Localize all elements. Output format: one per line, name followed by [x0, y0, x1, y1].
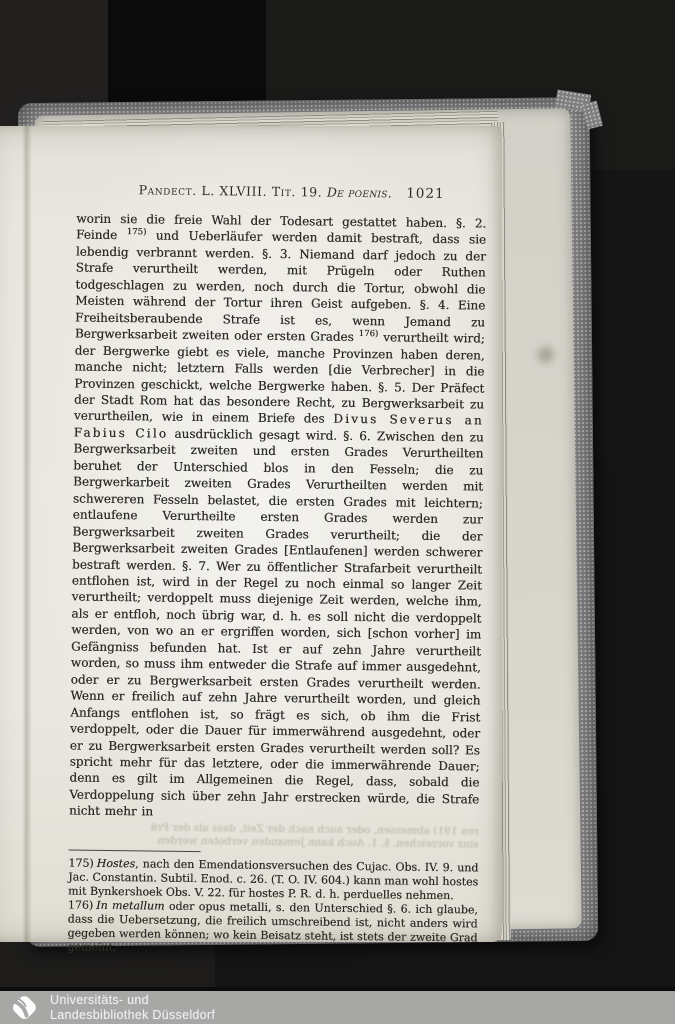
body-text-part3b: ausdrücklich gesagt wird. §. 6. Zwischen… [69, 427, 484, 819]
footnote-176: 176)In metallum oder opus metalli, s. de… [67, 899, 478, 960]
library-name-line2: Landesbibliothek Düsseldorf [50, 1008, 215, 1023]
footnotes: 175)Hostes, nach den Emendationsversuche… [67, 857, 478, 959]
library-name-line1: Universitäts- und [50, 993, 215, 1008]
ulb-duesseldorf-logo-icon [7, 993, 41, 1023]
library-banner: Universitäts- und Landesbibliothek Düsse… [0, 987, 675, 1024]
body-text-part2: und Ueberläufer werden damit bestraft, d… [75, 229, 486, 344]
book-scan-viewer: Pandect. L. XLVIII. Tit. 19. De poenis. … [0, 0, 675, 1024]
page-content: Pandect. L. XLVIII. Tit. 19. De poenis. … [67, 182, 486, 960]
footnote-175: 175)Hostes, nach den Emendationsversuche… [68, 857, 478, 904]
ink-bleedthrough: ren 191) abmessen, oder auch nach der Ze… [69, 820, 479, 851]
footnote-marker: 175) [68, 857, 96, 870]
running-title: Pandect. L. XLVIII. Tit. 19. De poenis. [139, 182, 393, 200]
running-title-citation: Pandect. L. XLVIII. Tit. 19. [139, 182, 323, 199]
footnote-separator-rule [69, 849, 201, 852]
footnote-reference-175: 175) [127, 228, 147, 238]
library-name: Universitäts- und Landesbibliothek Düsse… [50, 993, 215, 1023]
scanned-page: Pandect. L. XLVIII. Tit. 19. De poenis. … [0, 126, 502, 942]
page-number: 1021 [406, 186, 445, 202]
footnote-lemma: In metallum [96, 899, 164, 913]
page-header: Pandect. L. XLVIII. Tit. 19. De poenis. … [77, 182, 487, 203]
background-shadow-topdark [108, 0, 266, 108]
running-title-italic: De poenis. [327, 185, 392, 201]
footnote-lemma: Hostes [97, 857, 136, 870]
page-smudge [538, 347, 554, 363]
body-paragraph: worin sie die freie Wahl der Todesart ge… [69, 211, 486, 825]
footnote-marker: 176) [68, 899, 96, 912]
footnote-reference-176: 176) [359, 329, 379, 339]
body-text-part3a: verurtheilt wird; der Bergwerke giebt es… [74, 330, 485, 426]
